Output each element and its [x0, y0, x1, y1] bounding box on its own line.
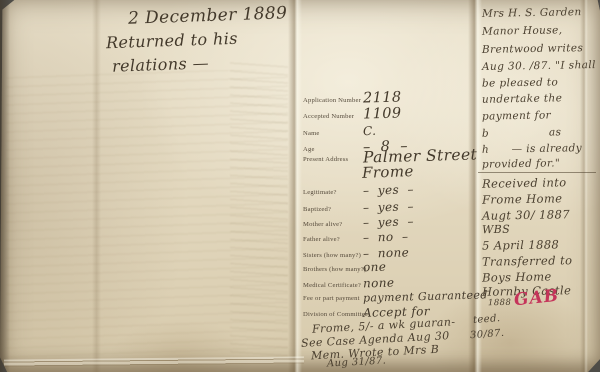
form-field-sisters: Sisters (how many?) – none [303, 246, 409, 260]
field-label: Accepted Number [303, 113, 363, 120]
date-note-line: relations — [112, 53, 210, 75]
field-value: – yes – [363, 214, 414, 229]
form-field-application-number: Application Number 2118 [303, 90, 402, 106]
form-field-legitimate: Legitimate? – yes – [303, 183, 414, 197]
address-line-2: Frome [362, 162, 414, 182]
field-value: 2118 [363, 89, 402, 106]
paper-edge-shadow [0, 0, 10, 372]
document-scan: 2 December 1889 Returned to his relation… [0, 0, 600, 372]
memo-line: provided for." [482, 157, 560, 170]
memo-line: be pleased to [482, 76, 558, 89]
memo-line: b as [482, 126, 562, 139]
field-label: Mother alive? [303, 221, 363, 228]
form-field-brothers: Brothers (how many?) one [303, 260, 386, 274]
field-value: – yes – [363, 182, 414, 197]
received-line: Frome Home [482, 191, 563, 206]
form-field-father-alive: Father alive? – no – [303, 230, 408, 244]
field-label: Name [303, 130, 363, 137]
form-field-medical-certificate: Medical Certificate? none [303, 276, 394, 290]
fold-fragment: teed. [473, 313, 501, 326]
section-divider [478, 172, 596, 173]
received-line: Transferred to [482, 253, 573, 269]
bleed-through-texture [230, 60, 288, 360]
memo-line: Brentwood writes [482, 42, 583, 56]
received-line: WBS [482, 223, 510, 236]
field-label: Brothers (how many?) [303, 266, 363, 273]
form-field-name: Name C. [303, 124, 376, 138]
field-value: – none [363, 245, 410, 260]
field-label: Sisters (how many?) [303, 252, 363, 259]
received-line: Received into [482, 175, 567, 190]
memo-line: undertake the [482, 92, 562, 105]
field-value: 1109 [363, 105, 402, 122]
field-label: Present Address [303, 156, 363, 163]
form-field-mother-alive: Mother alive? – yes – [303, 215, 414, 229]
received-line: Boys Home [482, 269, 552, 284]
form-field-accepted-number: Accepted Number 1109 [303, 106, 402, 122]
field-label: Application Number [303, 97, 363, 104]
field-label: Medical Certificate? [303, 282, 363, 289]
field-label: Division of Committee [303, 311, 363, 318]
field-label: Baptized? [303, 206, 363, 213]
field-value: – no – [363, 229, 409, 244]
field-value: C. [363, 124, 377, 138]
form-field-baptized: Baptized? – yes – [303, 200, 414, 214]
memo-line: h — is already [482, 142, 582, 156]
memo-line: Mrs H. S. Garden [482, 6, 582, 20]
field-label: Age [303, 146, 363, 153]
field-value: payment Guaranteed [363, 288, 488, 304]
form-field-fee-payment: Fee or part payment payment Guaranteed [303, 290, 488, 303]
field-value: one [363, 260, 387, 275]
field-label: Legitimate? [303, 189, 363, 196]
memo-line: Aug 30. /87. "I shall [482, 59, 596, 73]
received-line: Augt 30/ 1887 [482, 207, 570, 223]
received-line: 5 April 1888 [482, 237, 559, 252]
received-line: 1888 [488, 298, 511, 308]
field-value: none [363, 276, 395, 291]
memo-line: payment for [482, 109, 551, 122]
memo-line: Manor House, [482, 24, 563, 37]
field-value: – yes – [363, 199, 414, 214]
field-label: Fee or part payment [303, 295, 363, 302]
field-label: Father alive? [303, 236, 363, 243]
